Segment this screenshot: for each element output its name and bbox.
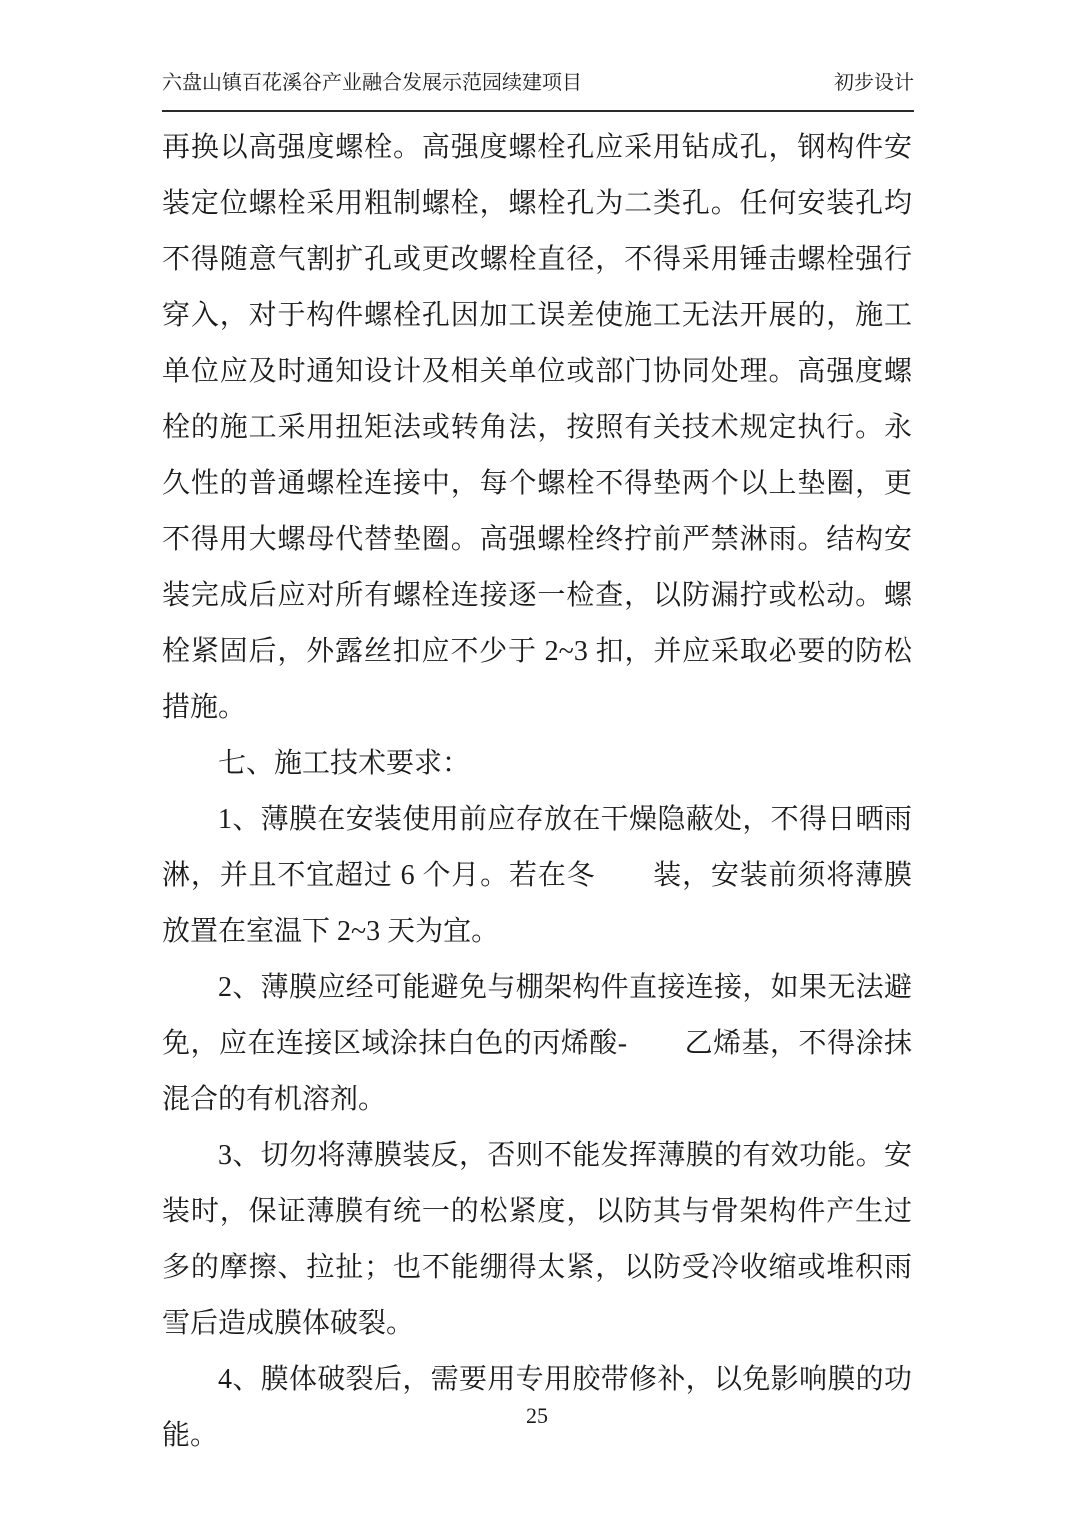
body-paragraph: 2、薄膜应经可能避免与棚架构件直接连接，如果无法避免，应在连接区域涂抹白色的丙烯… (162, 960, 912, 1128)
body-paragraph: 再换以高强度螺栓。高强度螺栓孔应采用钻成孔，钢构件安装定位螺栓采用粗制螺栓，螺栓… (162, 120, 912, 736)
header-project-title: 六盘山镇百花溪谷产业融合发展示范园续建项目 (162, 70, 582, 96)
header-doc-label: 初步设计 (834, 70, 914, 96)
body-paragraph: 3、切勿将薄膜装反，否则不能发挥薄膜的有效功能。安装时，保证薄膜有统一的松紧度，… (162, 1128, 912, 1352)
document-page: 六盘山镇百花溪谷产业融合发展示范园续建项目 初步设计 再换以高强度螺栓。高强度螺… (0, 0, 1074, 1520)
body-paragraph: 七、施工技术要求： (162, 736, 912, 792)
page-number: 25 (526, 1403, 548, 1428)
page-header: 六盘山镇百花溪谷产业融合发展示范园续建项目 初步设计 (162, 70, 914, 112)
body-paragraph: 1、薄膜在安装使用前应存放在干燥隐蔽处，不得日晒雨淋，并且不宜超过 6 个月。若… (162, 792, 912, 960)
page-footer: 25 (0, 1402, 1074, 1430)
document-body: 再换以高强度螺栓。高强度螺栓孔应采用钻成孔，钢构件安装定位螺栓采用粗制螺栓，螺栓… (162, 120, 912, 1464)
